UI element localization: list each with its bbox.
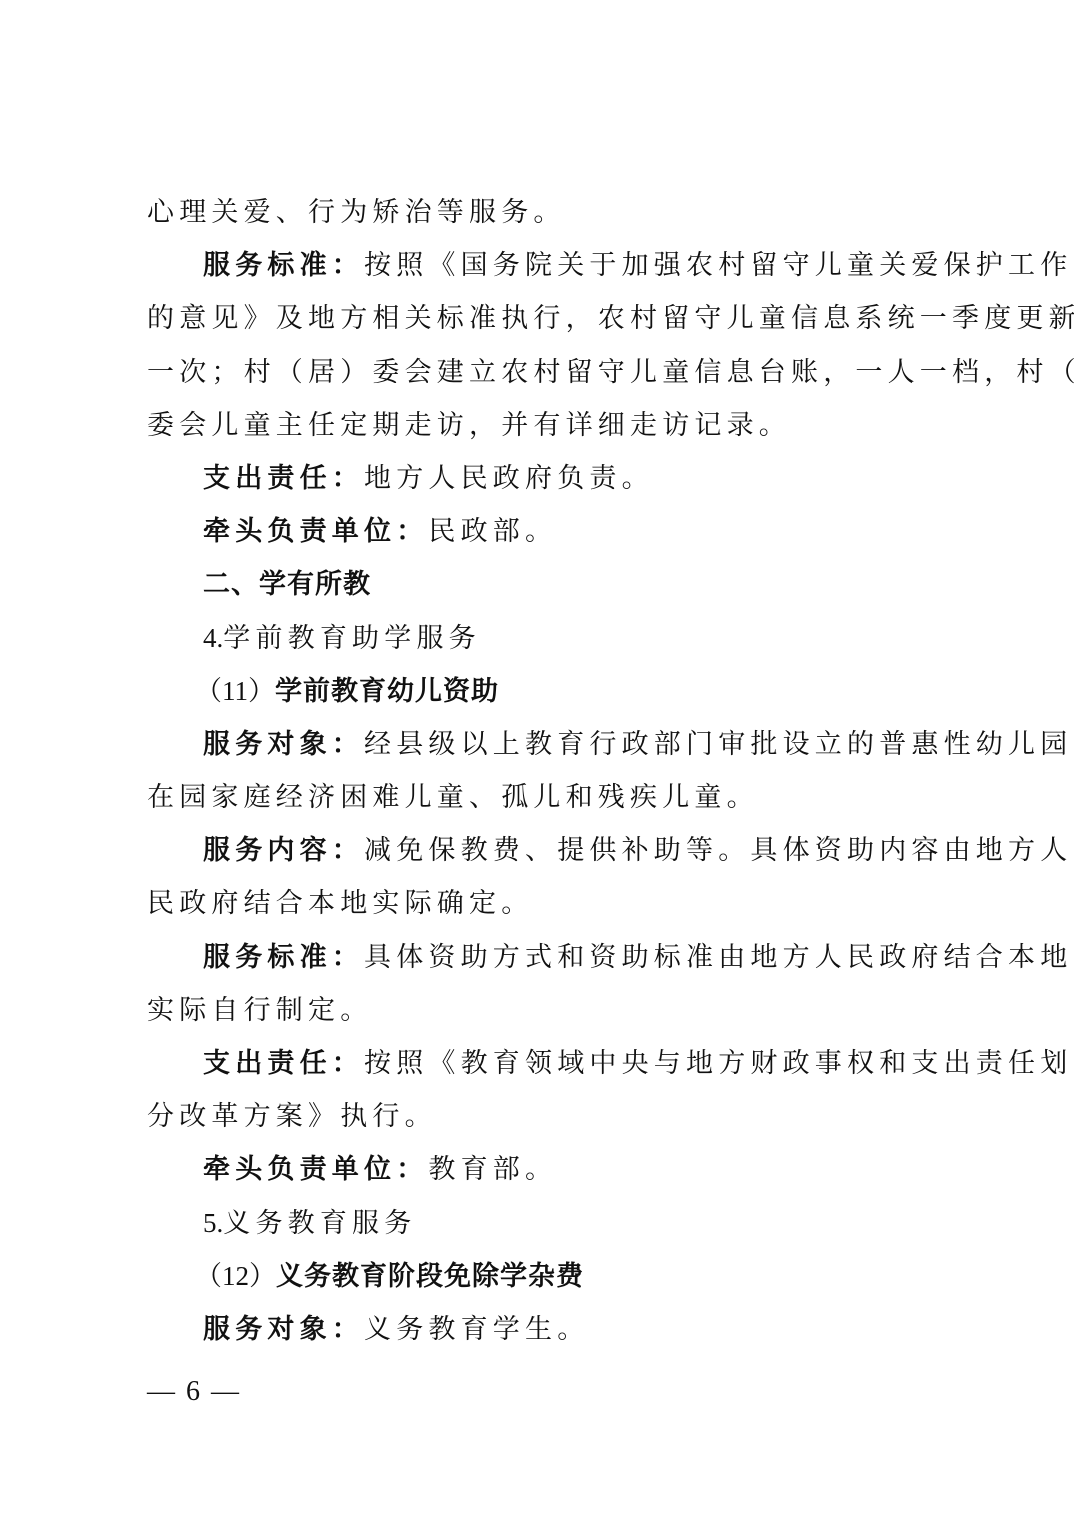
paragraph-line: 在园家庭经济困难儿童、孤儿和残疾儿童。 <box>147 771 932 824</box>
service-target-line: 服务对象：义务教育学生。 <box>147 1303 932 1356</box>
item-title: 义务教育阶段免除学杂费 <box>276 1261 584 1292</box>
service-standard-text: 具体资助方式和资助标准由地方人民政府结合本地 <box>364 942 1072 973</box>
paragraph-line: 的意见》及地方相关标准执行，农村留守儿童信息系统一季度更新 <box>147 292 932 345</box>
paragraph-line: 民政府结合本地实际确定。 <box>147 877 932 930</box>
paragraph-line: 一次；村（居）委会建立农村留守儿童信息台账，一人一档，村（居） <box>147 346 932 399</box>
service-standard-line: 服务标准：具体资助方式和资助标准由地方人民政府结合本地 <box>147 931 932 984</box>
lead-unit-text: 教育部。 <box>428 1154 557 1185</box>
subsection-4-heading: 4.学前教育助学服务 <box>147 612 932 665</box>
subsection-number: 4. <box>203 623 223 653</box>
lead-unit-label: 牵头负责单位： <box>203 1154 428 1185</box>
lead-unit-text: 民政部。 <box>428 516 557 547</box>
lead-unit-label: 牵头负责单位： <box>203 516 428 547</box>
service-target-label: 服务对象： <box>203 729 364 760</box>
service-target-line: 服务对象：经县级以上教育行政部门审批设立的普惠性幼儿园 <box>147 718 932 771</box>
paragraph-line: 实际自行制定。 <box>147 984 932 1037</box>
item-number: （11） <box>195 676 275 706</box>
page-number: — 6 — <box>147 1374 241 1410</box>
item-number: （12） <box>195 1261 276 1291</box>
service-target-text: 义务教育学生。 <box>364 1314 589 1345</box>
expense-responsibility-line: 支出责任：地方人民政府负责。 <box>147 452 932 505</box>
section-heading: 二、学有所教 <box>147 558 932 611</box>
document-page: 心理关爱、行为矫治等服务。 服务标准：按照《国务院关于加强农村留守儿童关爱保护工… <box>147 186 932 1356</box>
subsection-number: 5. <box>203 1208 223 1238</box>
paragraph-line: 分改革方案》执行。 <box>147 1090 932 1143</box>
subsection-title: 学前教育助学服务 <box>223 623 481 654</box>
service-target-text: 经县级以上教育行政部门审批设立的普惠性幼儿园 <box>364 729 1072 760</box>
service-content-line: 服务内容：减免保教费、提供补助等。具体资助内容由地方人 <box>147 824 932 877</box>
paragraph-line: 委会儿童主任定期走访，并有详细走访记录。 <box>147 399 932 452</box>
expense-responsibility-label: 支出责任： <box>203 1048 364 1079</box>
item-11-heading: （11）学前教育幼儿资助 <box>147 665 932 718</box>
expense-responsibility-line: 支出责任：按照《教育领域中央与地方财政事权和支出责任划 <box>147 1037 932 1090</box>
service-standard-text: 按照《国务院关于加强农村留守儿童关爱保护工作 <box>364 250 1072 281</box>
subsection-5-heading: 5.义务教育服务 <box>147 1197 932 1250</box>
service-content-label: 服务内容： <box>203 835 364 866</box>
lead-unit-line: 牵头负责单位：教育部。 <box>147 1143 932 1196</box>
service-target-label: 服务对象： <box>203 1314 364 1345</box>
service-standard-line: 服务标准：按照《国务院关于加强农村留守儿童关爱保护工作 <box>147 239 932 292</box>
expense-responsibility-label: 支出责任： <box>203 463 364 494</box>
item-title: 学前教育幼儿资助 <box>275 676 499 707</box>
subsection-title: 义务教育服务 <box>223 1208 416 1239</box>
expense-responsibility-text: 地方人民政府负责。 <box>364 463 654 494</box>
service-standard-label: 服务标准： <box>203 250 364 281</box>
lead-unit-line: 牵头负责单位：民政部。 <box>147 505 932 558</box>
service-standard-label: 服务标准： <box>203 942 364 973</box>
service-content-text: 减免保教费、提供补助等。具体资助内容由地方人 <box>364 835 1072 866</box>
item-12-heading: （12）义务教育阶段免除学杂费 <box>147 1250 932 1303</box>
expense-responsibility-text: 按照《教育领域中央与地方财政事权和支出责任划 <box>364 1048 1072 1079</box>
paragraph-line: 心理关爱、行为矫治等服务。 <box>147 186 932 239</box>
